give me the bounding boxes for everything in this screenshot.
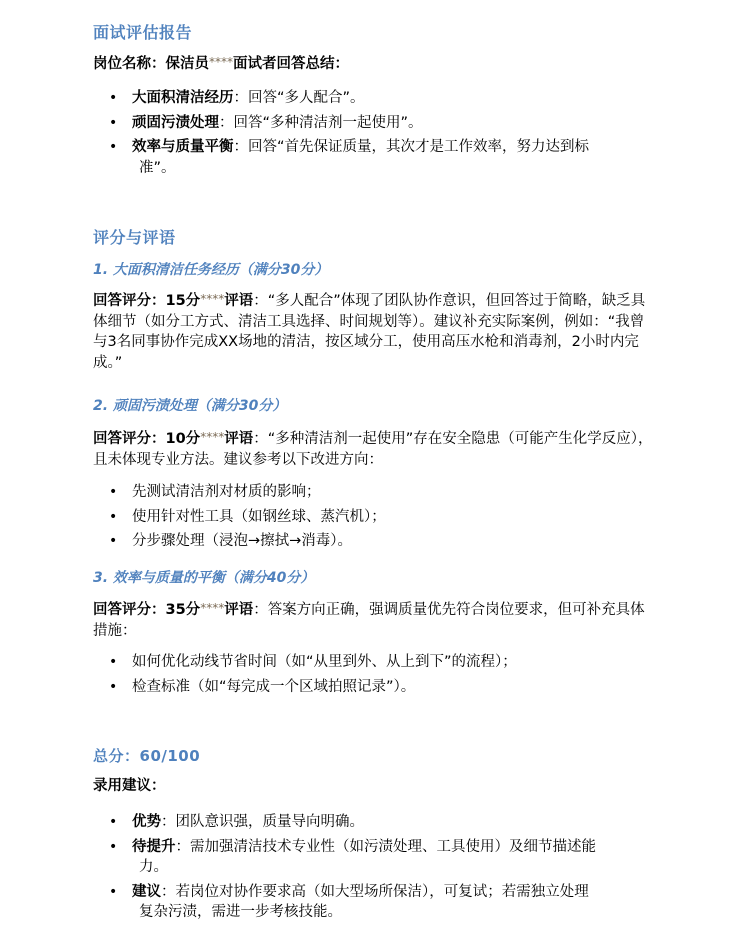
list-item: 建议：若岗位对协作要求高（如大型场所保洁），可复试；若需独立处理复杂污渍，需进一… (93, 882, 653, 923)
recommendation-label: 录用建议： (93, 776, 653, 797)
list-item: 检查标准（如“每完成一个区域拍照记录”）。 (93, 677, 653, 698)
score-value: 15分 (166, 293, 201, 309)
recommendation-list: 优势：团队意识强，质量导向明确。 待提升：需加强清洁技术专业性（如污渍处理、工具… (93, 812, 653, 926)
list-item: 分步骤处理（浸泡→擦拭→消毒）。 (93, 531, 653, 552)
report-title: 面试评估报告 (93, 20, 192, 43)
position-label: 岗位名称： (93, 56, 166, 72)
total-score-value: 60/100 (140, 747, 201, 765)
separator-stars: **** (209, 55, 233, 69)
scoring-heading: 评分与评语 (93, 225, 176, 248)
score-value: 10分 (166, 431, 201, 447)
list-item: 使用针对性工具（如钢丝球、蒸汽机）； (93, 507, 653, 528)
section-heading-1: 1. 大面积清洁任务经历（满分30分） (93, 259, 328, 279)
section-heading-2: 2. 顽固污渍处理（满分30分） (93, 395, 286, 415)
list-item: 先测试清洁剂对材质的影响； (93, 482, 653, 503)
list-item: 如何优化动线节省时间（如“从里到外、从上到下”的流程）； (93, 652, 653, 673)
section-comment-1: 回答评分：15分****评语：“多人配合”体现了团队协作意识，但回答过于简略，缺… (93, 289, 653, 373)
list-item: 效率与质量平衡：回答“首先保证质量，其次才是工作效率，努力达到标准”。 (93, 137, 653, 178)
section-heading-3: 3. 效率与质量的平衡（满分40分） (93, 567, 314, 587)
list-item: 优势：团队意识强，质量导向明确。 (93, 812, 653, 833)
total-score: 总分：60/100 (93, 745, 200, 766)
list-item: 大面积清洁经历：回答“多人配合”。 (93, 88, 653, 109)
improvement-list-3: 如何优化动线节省时间（如“从里到外、从上到下”的流程）； 检查标准（如“每完成一… (93, 652, 653, 701)
list-item: 顽固污渍处理：回答“多种清洁剂一起使用”。 (93, 113, 653, 134)
list-item: 待提升：需加强清洁技术专业性（如污渍处理、工具使用）及细节描述能力。 (93, 837, 653, 878)
section-comment-2: 回答评分：10分****评语：“多种清洁剂一起使用”存在安全隐患（可能产生化学反… (93, 427, 653, 470)
summary-label: 面试者回答总结： (233, 56, 349, 72)
answer-summary-list: 大面积清洁经历：回答“多人配合”。 顽固污渍处理：回答“多种清洁剂一起使用”。 … (93, 88, 653, 182)
section-comment-3: 回答评分：35分****评语：答案方向正确，强调质量优先符合岗位要求，但可补充具… (93, 598, 653, 641)
improvement-list-2: 先测试清洁剂对材质的影响； 使用针对性工具（如钢丝球、蒸汽机）； 分步骤处理（浸… (93, 482, 653, 556)
position-line: 岗位名称：保洁员****面试者回答总结： (93, 52, 653, 75)
score-value: 35分 (166, 602, 201, 618)
position-value: 保洁员 (166, 56, 210, 72)
